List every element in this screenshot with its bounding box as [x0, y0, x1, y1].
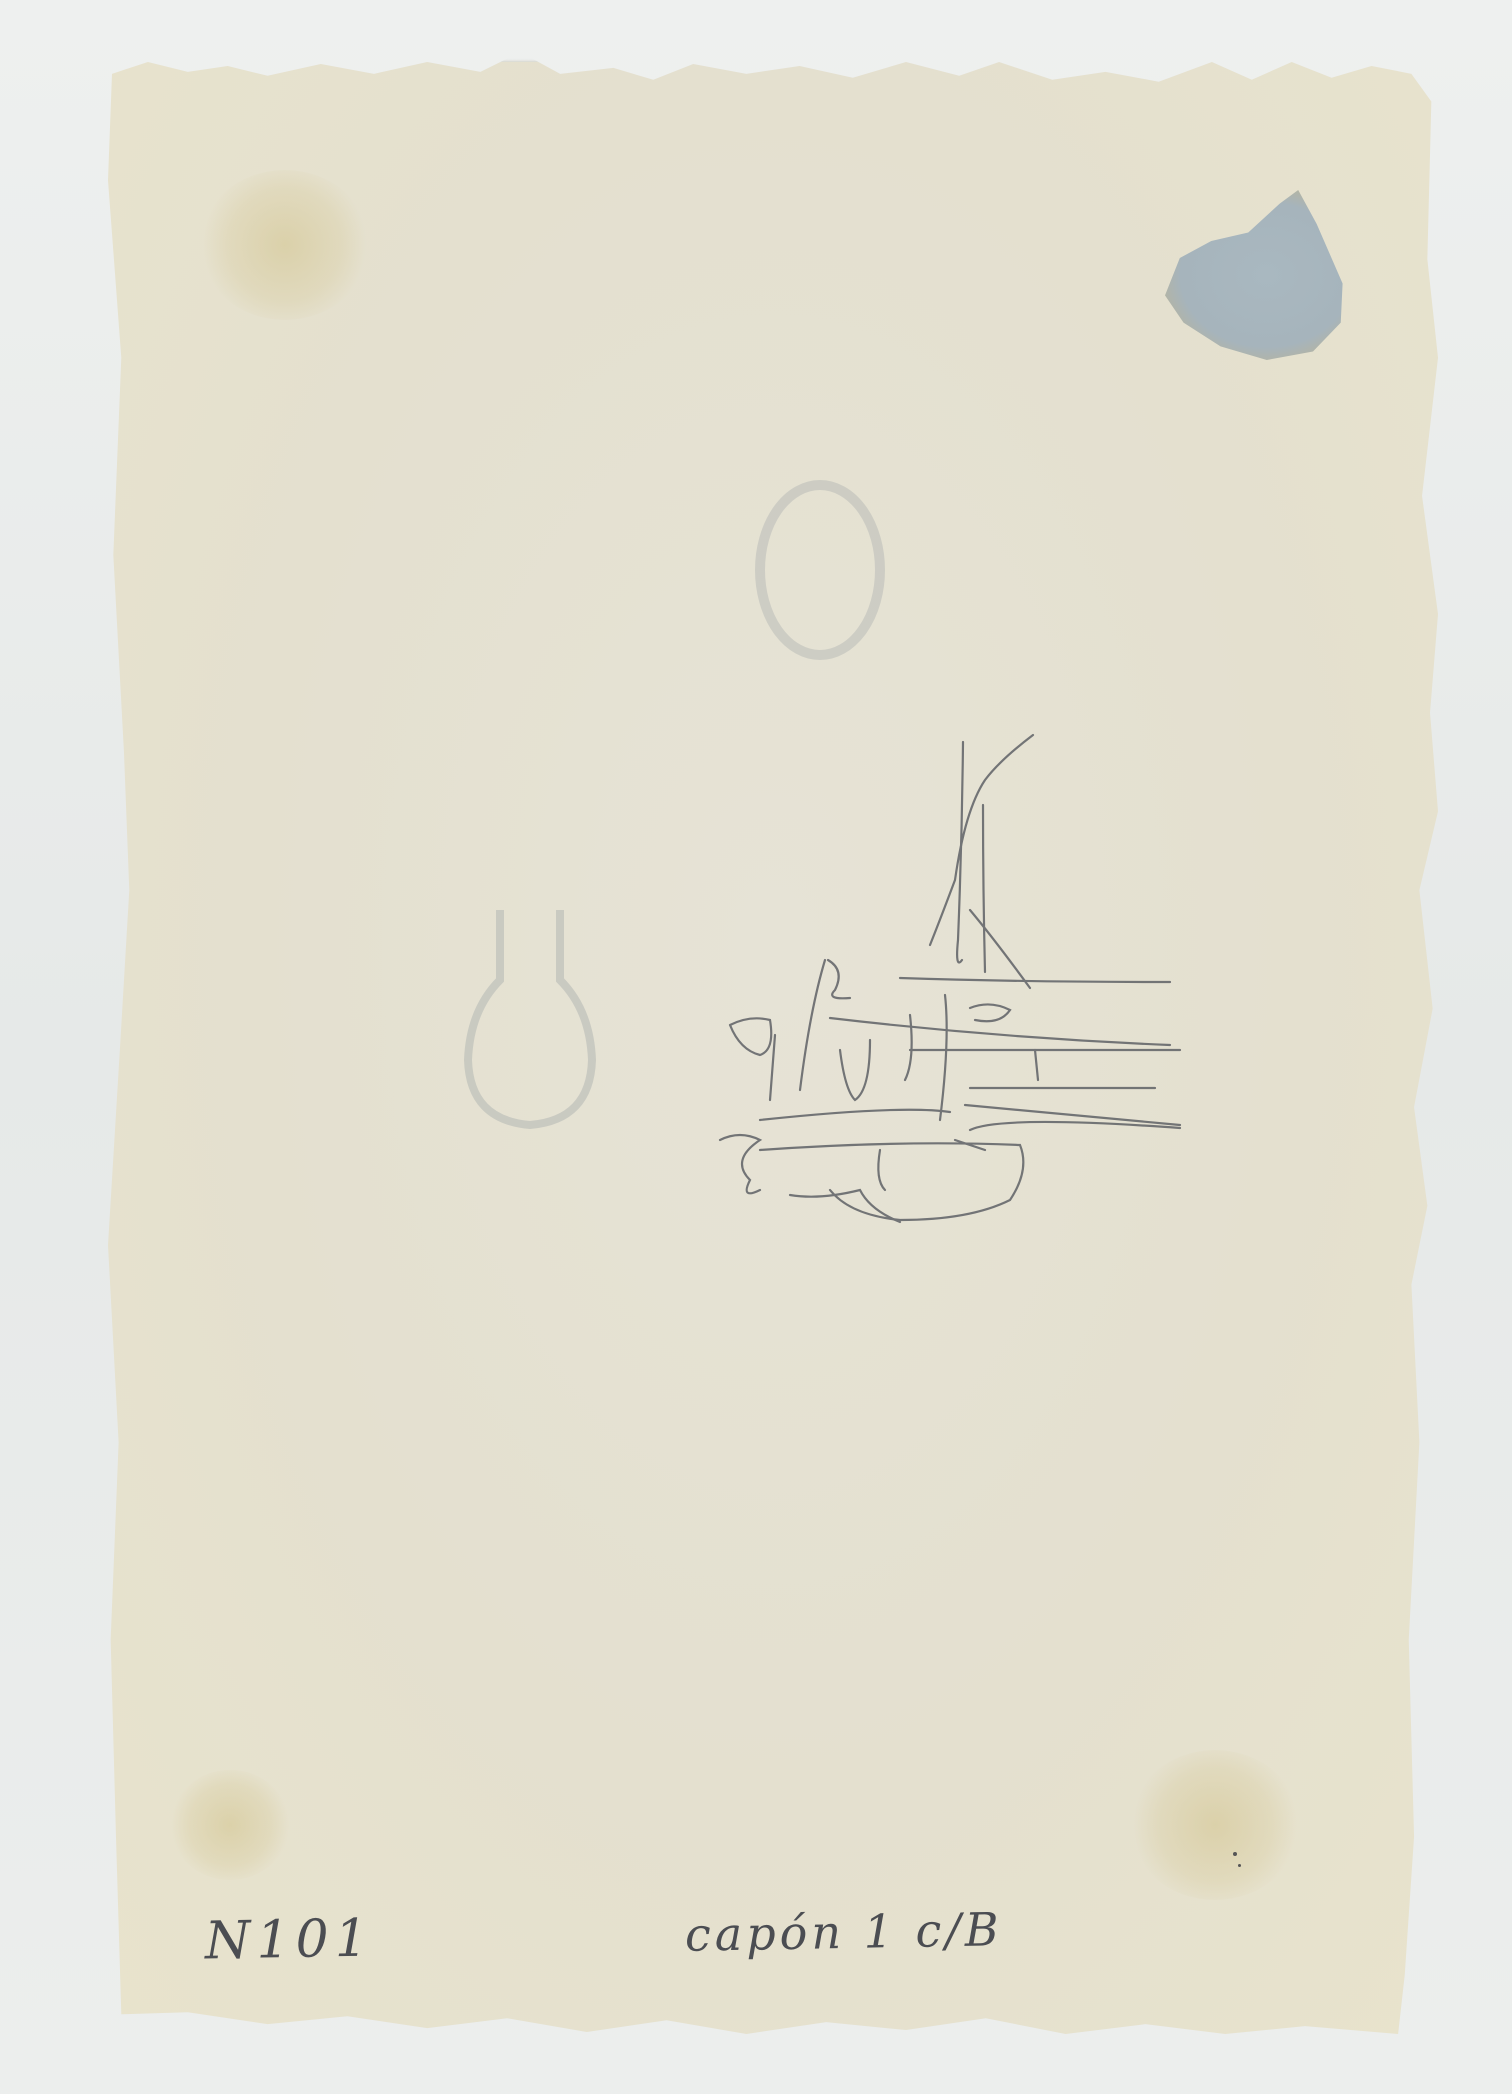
- show-through-vase: [440, 890, 620, 1150]
- stain-bottom-right: [1130, 1750, 1300, 1900]
- ink-speck: [1238, 1864, 1241, 1867]
- inscription-note: capón 1 c/B: [685, 1902, 1003, 1962]
- sailboat-sketch: [700, 720, 1200, 1370]
- catalogue-number: N101: [204, 1909, 374, 1972]
- ink-speck: [1233, 1852, 1237, 1856]
- stain-bottom-left: [170, 1770, 290, 1880]
- stain-top-left: [200, 170, 370, 320]
- show-through-smudge: [740, 470, 900, 670]
